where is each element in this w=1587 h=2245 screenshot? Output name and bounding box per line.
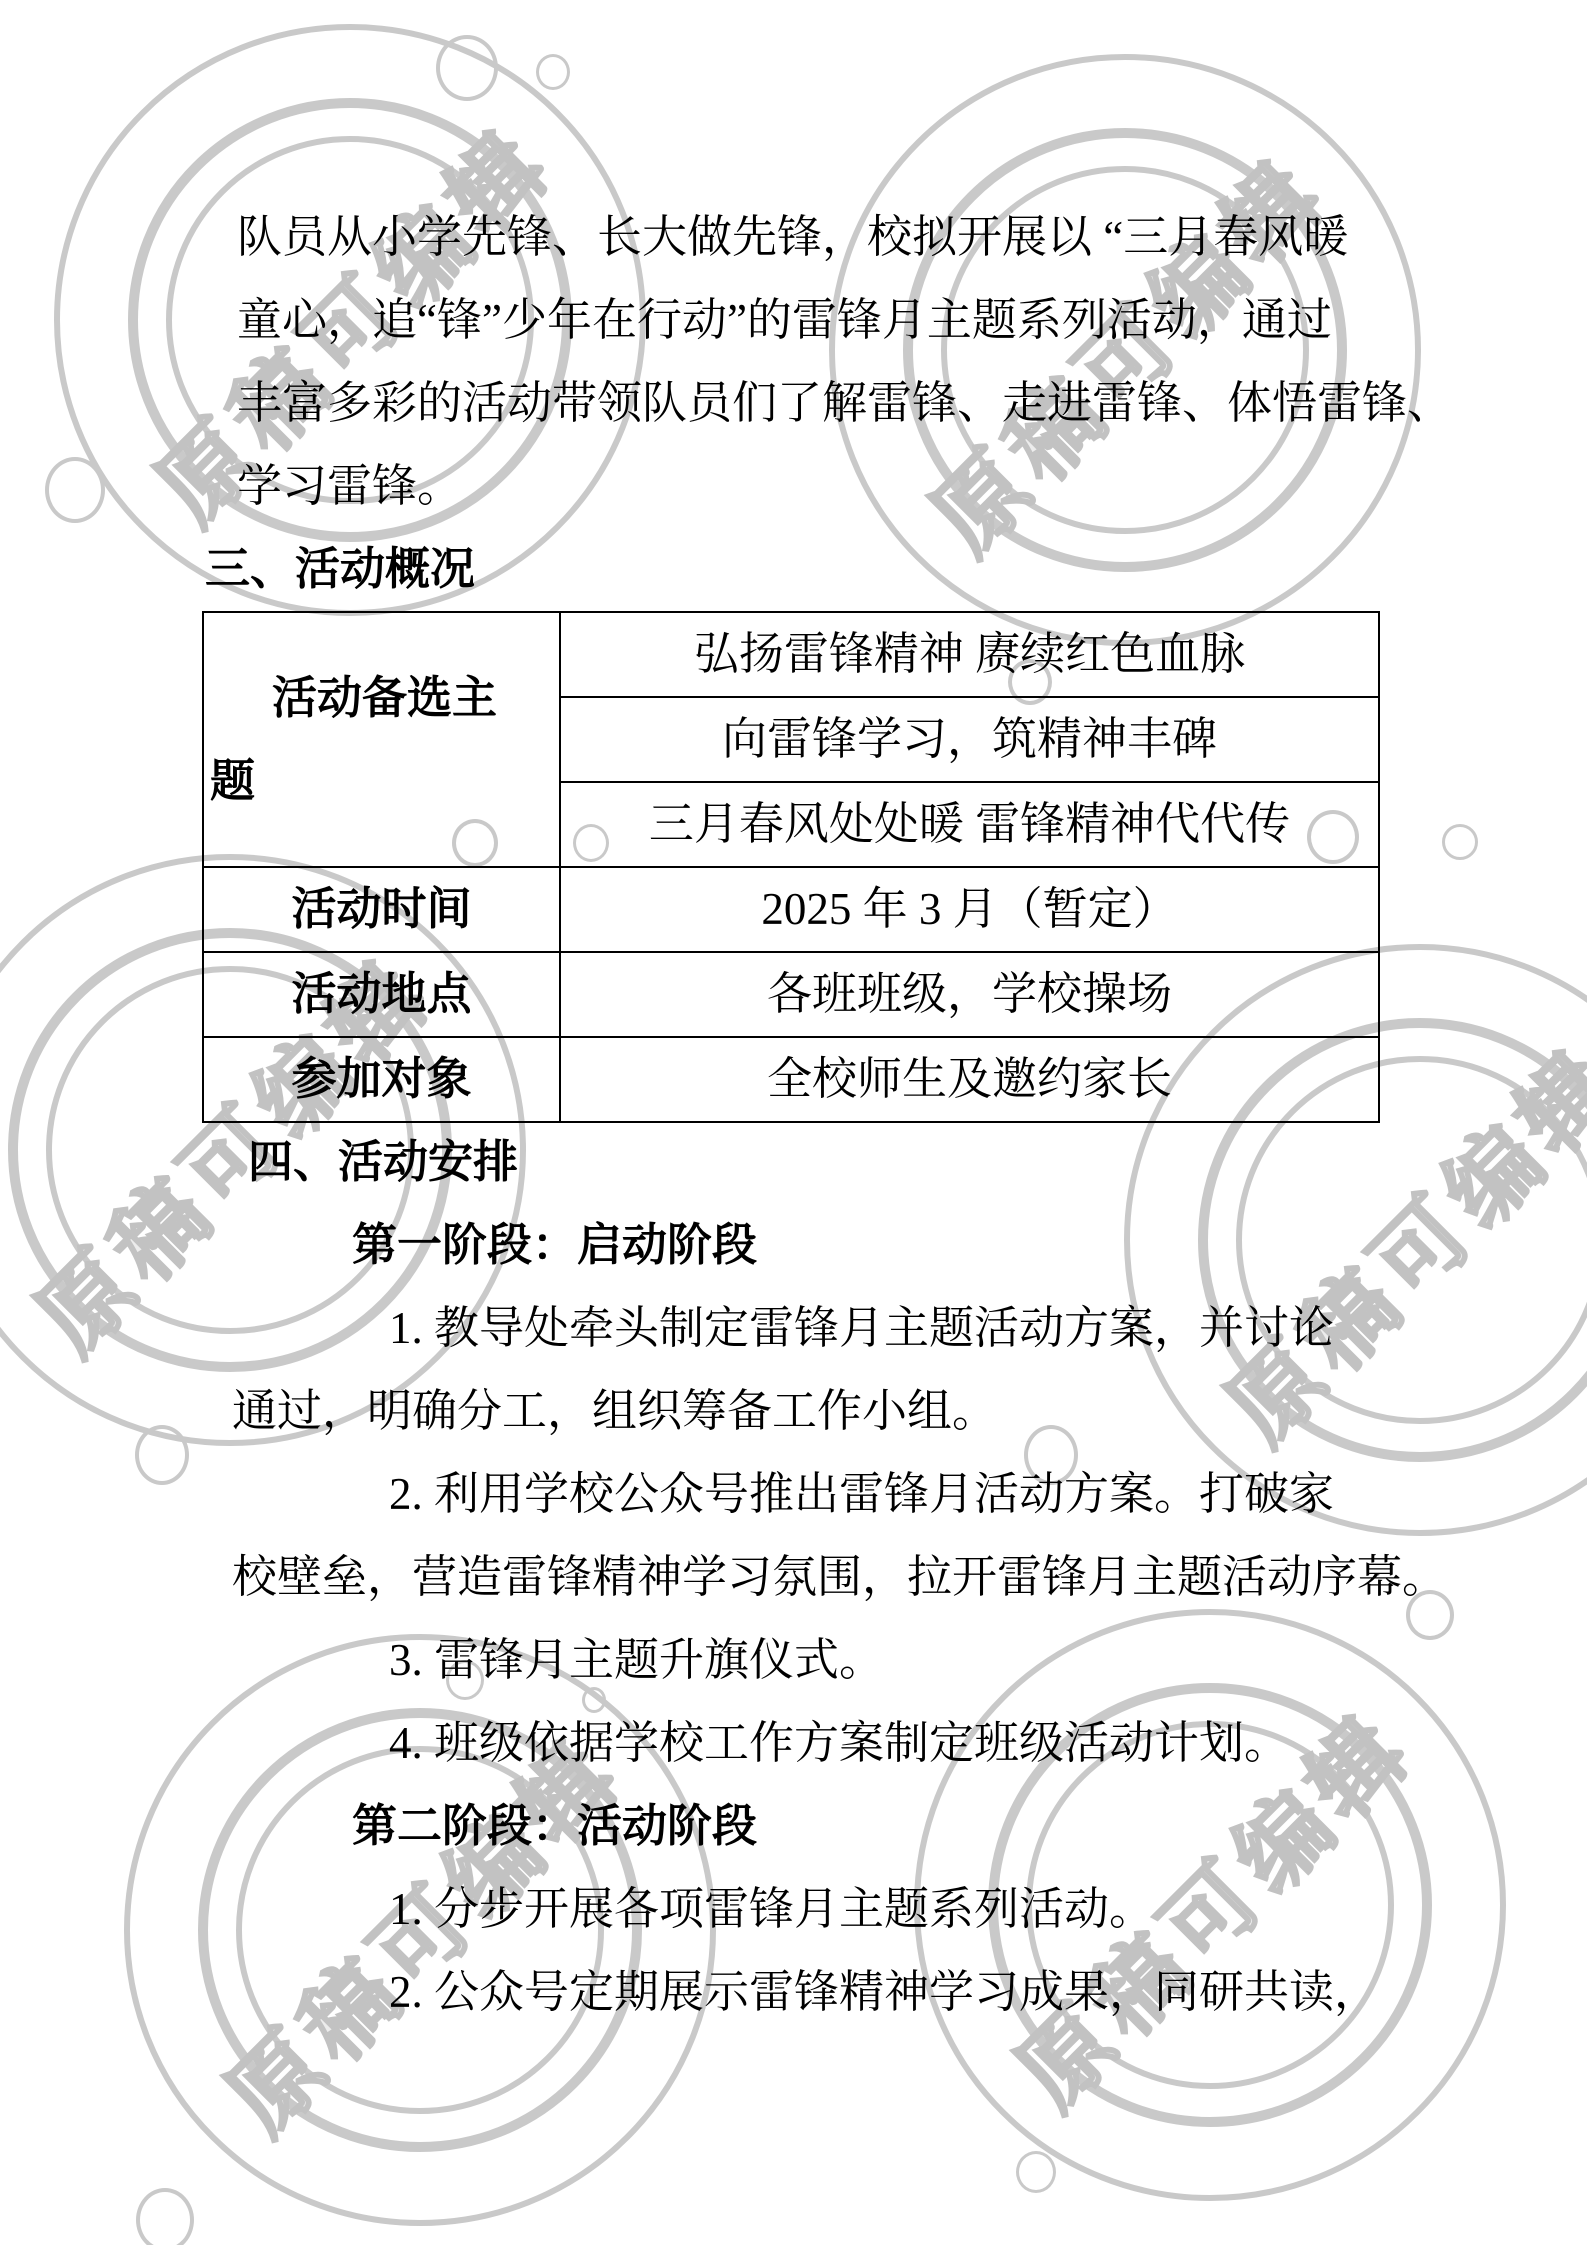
stage1-item-line: 4. 班级依据学校工作方案制定班级活动计划。 <box>389 1702 1535 1785</box>
paragraph-line: 学习雷锋。 <box>237 445 1535 528</box>
stage1-item-line: 2. 利用学校公众号推出雷锋月活动方案。打破家 <box>389 1453 1535 1536</box>
circle-icon <box>536 54 570 90</box>
document-body: 队员从小学先锋、长大做先锋，校拟开展以 “三月春风暖 童心，追“锋”少年在行动”… <box>205 196 1535 2034</box>
circle-icon <box>135 1425 189 1485</box>
section-heading-overview: 三、活动概况 <box>205 528 1535 611</box>
table-row: 活动时间 2025 年 3 月（暂定） <box>203 867 1379 952</box>
circle-icon <box>436 35 498 101</box>
info-value-cell: 2025 年 3 月（暂定） <box>560 867 1379 952</box>
info-value-cell: 各班班级，学校操场 <box>560 952 1379 1037</box>
overview-table: 活动备选主题 弘扬雷锋精神 赓续红色血脉 向雷锋学习，筑精神丰碑 三月春风处处暖… <box>202 611 1380 1123</box>
stage1-title: 第一阶段：启动阶段 <box>352 1204 1535 1287</box>
section-heading-arrangement: 四、活动安排 <box>248 1121 1535 1204</box>
stage1-item-line: 校壁垒，营造雷锋精神学习氛围，拉开雷锋月主题活动序幕。 <box>232 1536 1535 1619</box>
stage1-item-line: 3. 雷锋月主题升旗仪式。 <box>389 1619 1535 1702</box>
info-label-cell: 活动地点 <box>203 952 560 1037</box>
document-page: 原稿可编辑 原稿可编辑 原稿可编辑 原稿可编辑 原稿可编辑 <box>0 0 1587 2245</box>
info-value-cell: 全校师生及邀约家长 <box>560 1037 1379 1122</box>
info-label-cell: 参加对象 <box>203 1037 560 1122</box>
circle-icon <box>136 2188 194 2245</box>
theme-option-cell: 三月春风处处暖 雷锋精神代代传 <box>560 782 1379 867</box>
paragraph-line: 丰富多彩的活动带领队员们了解雷锋、走进雷锋、体悟雷锋、 <box>237 362 1535 445</box>
paragraph-line: 队员从小学先锋、长大做先锋，校拟开展以 “三月春风暖 <box>237 196 1535 279</box>
overview-table-wrap: 活动备选主题 弘扬雷锋精神 赓续红色血脉 向雷锋学习，筑精神丰碑 三月春风处处暖… <box>202 611 1535 1121</box>
stage2-title: 第二阶段：活动阶段 <box>352 1785 1535 1868</box>
stage1-item-line: 1. 教导处牵头制定雷锋月主题活动方案，并讨论 <box>389 1287 1535 1370</box>
theme-option-cell: 向雷锋学习，筑精神丰碑 <box>560 697 1379 782</box>
stage2-item-line: 2. 公众号定期展示雷锋精神学习成果，同研共读， <box>389 1951 1535 2034</box>
theme-label-cell: 活动备选主题 <box>203 612 560 867</box>
paragraph-line: 童心，追“锋”少年在行动”的雷锋月主题系列活动，通过 <box>237 279 1535 362</box>
circle-icon <box>1016 2151 1056 2193</box>
stage1-item-line: 通过，明确分工，组织筹备工作小组。 <box>232 1370 1535 1453</box>
table-row: 活动备选主题 弘扬雷锋精神 赓续红色血脉 <box>203 612 1379 697</box>
theme-label: 活动备选主题 <box>204 657 510 823</box>
table-row: 参加对象 全校师生及邀约家长 <box>203 1037 1379 1122</box>
circle-icon <box>45 457 105 523</box>
table-row: 活动地点 各班班级，学校操场 <box>203 952 1379 1037</box>
info-label-cell: 活动时间 <box>203 867 560 952</box>
theme-option-cell: 弘扬雷锋精神 赓续红色血脉 <box>560 612 1379 697</box>
stage2-item-line: 1. 分步开展各项雷锋月主题系列活动。 <box>389 1868 1535 1951</box>
